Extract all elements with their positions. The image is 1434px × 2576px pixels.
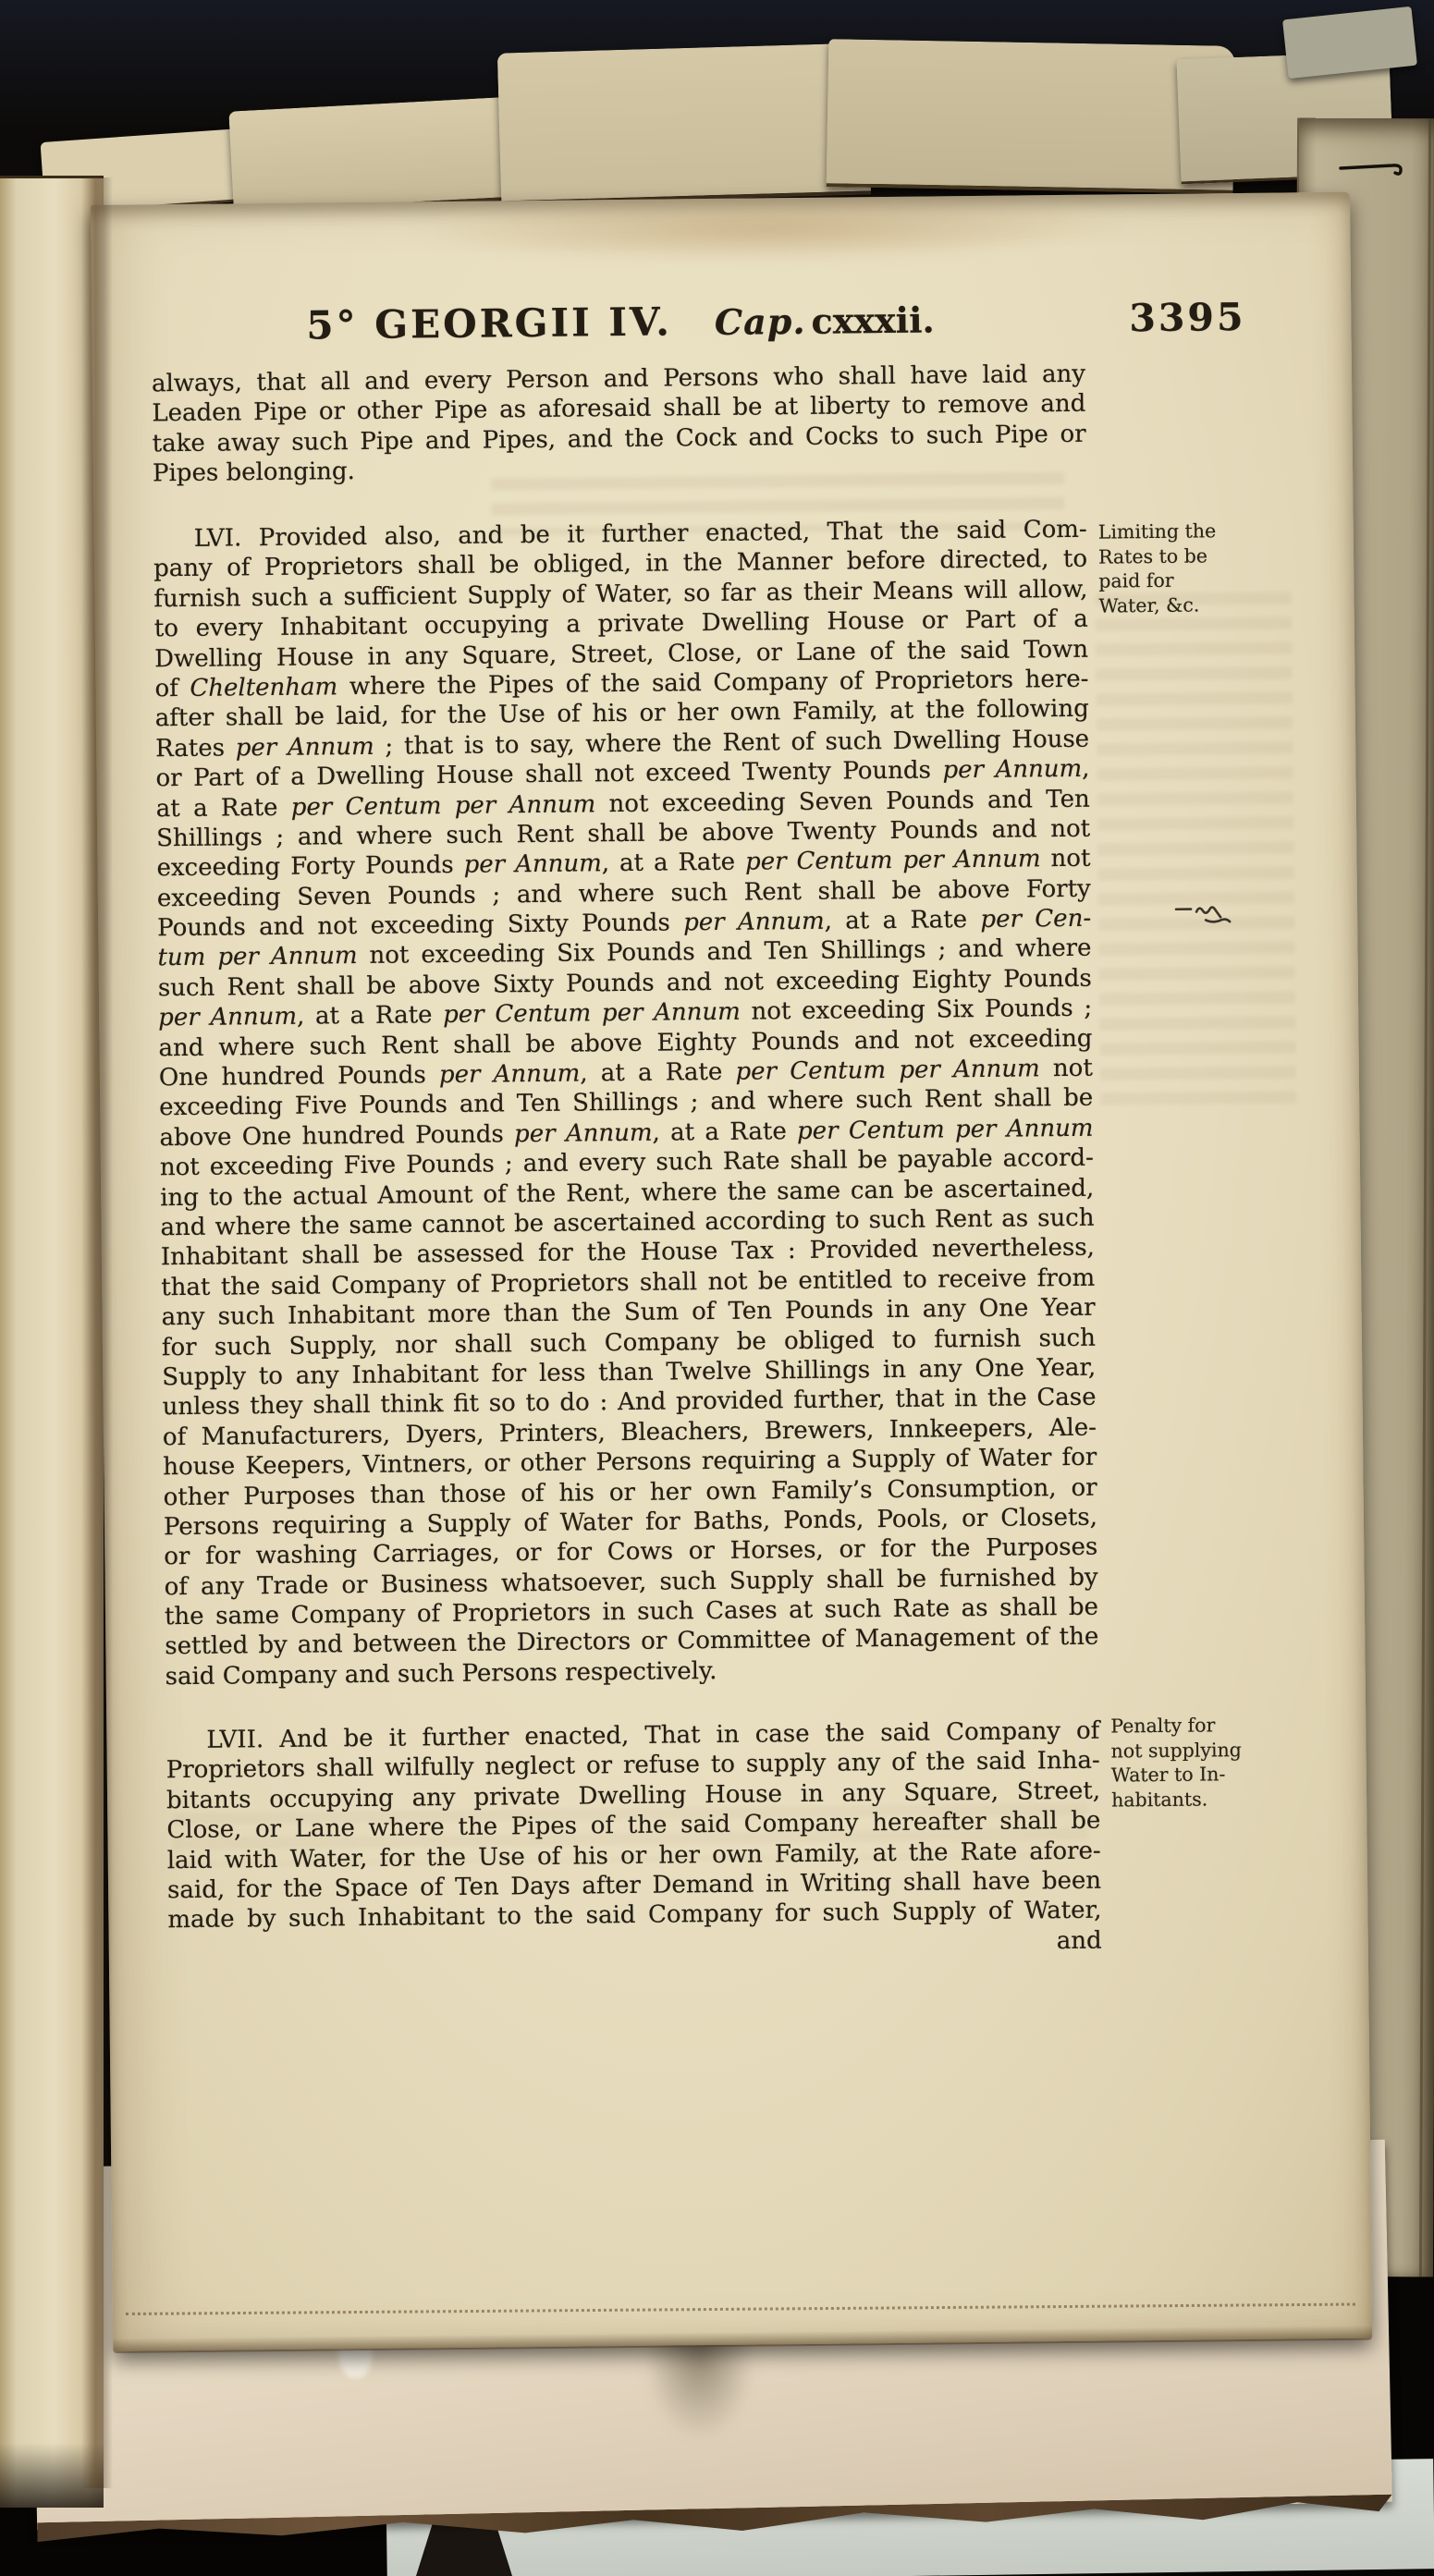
regnal-year: 5° GEORGII IV. xyxy=(306,299,672,348)
show-through-ghost xyxy=(1095,592,1296,1111)
paragraph-section-lvi: LVI. Provided also, and be it further en… xyxy=(153,515,1099,1692)
paragraph-section-lvii: LVII. And be it further enacted, That in… xyxy=(165,1716,1102,1966)
sidenote-line: paid for xyxy=(1098,568,1267,593)
sidenote-line: Water, &c. xyxy=(1098,592,1267,617)
ink-smudge xyxy=(1174,897,1246,930)
folio-number: 3395 xyxy=(1129,295,1246,340)
pen-mark xyxy=(1339,159,1413,181)
main-page-leaf: 5° GEORGII IV. Cap.cxxxii. 3395 always, … xyxy=(91,192,1372,2351)
page-edge-top-2 xyxy=(497,43,871,204)
paragraph-continuation: always, that all and every Person and Pe… xyxy=(152,360,1086,489)
book-scan-scene: 5° GEORGII IV. Cap.cxxxii. 3395 always, … xyxy=(0,0,1434,2576)
sidenote-lvi: Limiting theRates to bepaid forWater, &c… xyxy=(1098,519,1268,618)
sidenote-line: Water to In- xyxy=(1111,1762,1280,1788)
left-page-edge xyxy=(0,176,104,2508)
page-edge-top-3 xyxy=(827,39,1236,194)
page-edge-top-1 xyxy=(228,95,538,214)
page-edge-top-5 xyxy=(1282,6,1417,79)
sidenote-line: not supplying xyxy=(1110,1737,1279,1763)
sidenote-lvii: Penalty fornot supplyingWater to In-habi… xyxy=(1110,1713,1280,1813)
stitch-line xyxy=(126,2303,1355,2315)
chapter-heading: Cap.cxxxii. xyxy=(715,299,935,342)
top-stain xyxy=(405,190,1136,266)
running-header: 5° GEORGII IV. Cap.cxxxii. xyxy=(306,296,935,348)
sidenote-line: Limiting the xyxy=(1098,519,1267,544)
chapter-number: cxxxii. xyxy=(811,299,935,341)
sidenote-line: habitants. xyxy=(1111,1786,1280,1812)
chapter-label: Cap. xyxy=(715,300,806,343)
sidenote-line: Penalty for xyxy=(1110,1713,1279,1739)
sidenote-line: Rates to be xyxy=(1098,543,1267,568)
